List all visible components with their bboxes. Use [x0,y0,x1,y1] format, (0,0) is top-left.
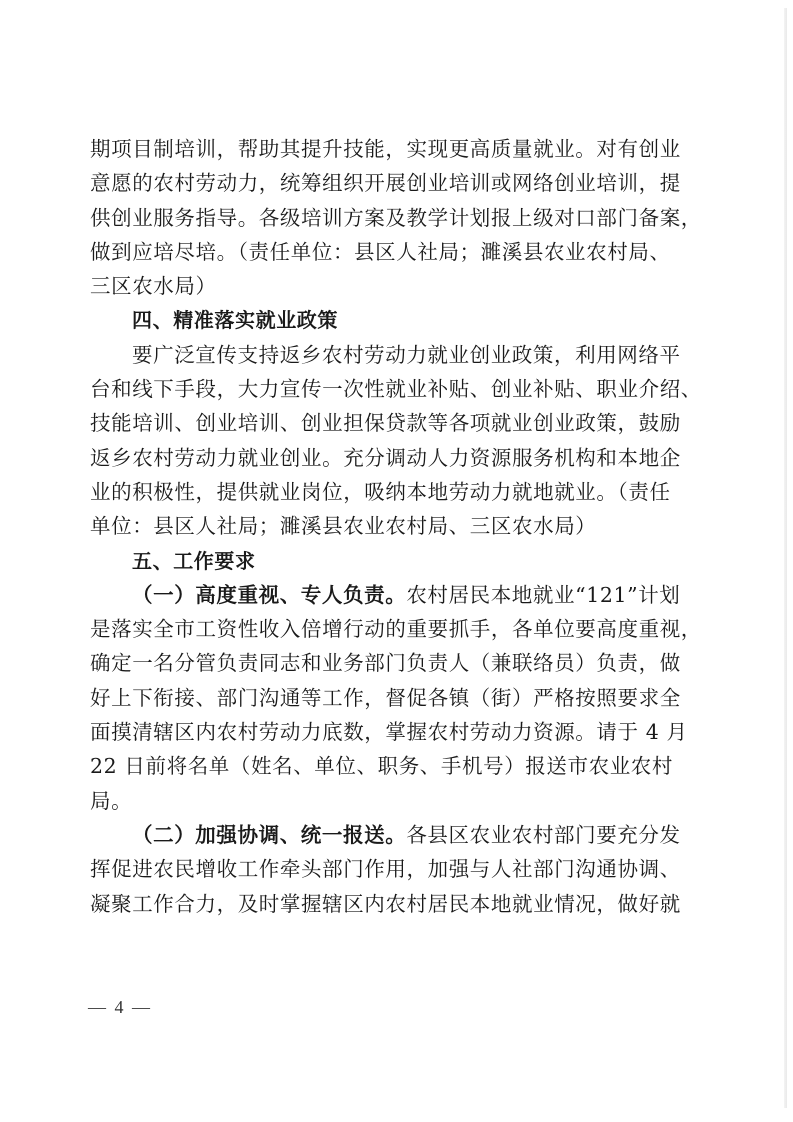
paragraph-line: 22 日前将名单（姓名、单位、职务、手机号）报送市农业农村 [90,749,710,783]
paragraph-line: 做到应培尽培。（责任单位：县区人社局；濉溪县农业农村局、 [90,235,710,269]
paragraph-line: 业的积极性，提供就业岗位，吸纳本地劳动力就地就业。（责任 [90,475,710,509]
paragraph-line: 单位：县区人社局；濉溪县农业农村局、三区农水局） [90,509,710,543]
page-number: — 4 — [88,997,152,1018]
item-1-first-line: （一）高度重视、专人负责。农村居民本地就业“121”计划 [90,578,710,612]
scan-edge-shadow [784,8,787,1108]
item-1-lead: （一）高度重视、专人负责。 [132,583,406,607]
paragraph-line: 面摸清辖区内农村劳动力底数，掌握农村劳动力资源。请于 4 月 [90,715,710,749]
item-2-text: 各县区农业农村部门要充分发 [406,823,680,847]
paragraph-line: 三区农水局） [90,269,710,303]
paragraph-line: 局。 [90,784,710,818]
paragraph-line: 凝聚工作合力，及时掌握辖区内农村居民本地就业情况，做好就 [90,887,710,921]
paragraph-line: 供创业服务指导。各级培训方案及教学计划报上级对口部门备案， [90,201,710,235]
paragraph-line: 期项目制培训，帮助其提升技能，实现更高质量就业。对有创业 [90,132,710,166]
paragraph-line: 挥促进农民增收工作牵头部门作用，加强与人社部门沟通协调、 [90,852,710,886]
document-page: 期项目制培训，帮助其提升技能，实现更高质量就业。对有创业 意愿的农村劳动力，统筹… [0,0,793,1122]
paragraph-line: 是落实全市工资性收入倍增行动的重要抓手，各单位要高度重视， [90,612,710,646]
document-body: 期项目制培训，帮助其提升技能，实现更高质量就业。对有创业 意愿的农村劳动力，统筹… [90,132,710,921]
paragraph-line: 好上下衔接、部门沟通等工作，督促各镇（街）严格按照要求全 [90,681,710,715]
item-1-text: 农村居民本地就业“121”计划 [406,583,680,607]
paragraph-line: 意愿的农村劳动力，统筹组织开展创业培训或网络创业培训，提 [90,166,710,200]
section-heading-5: 五、工作要求 [90,544,710,578]
paragraph-line: 要广泛宣传支持返乡农村劳动力就业创业政策，利用网络平 [90,338,710,372]
paragraph-line: 台和线下手段，大力宣传一次性就业补贴、创业补贴、职业介绍、 [90,372,710,406]
item-2-lead: （二）加强协调、统一报送。 [132,823,406,847]
item-2-first-line: （二）加强协调、统一报送。各县区农业农村部门要充分发 [90,818,710,852]
paragraph-line: 确定一名分管负责同志和业务部门负责人（兼联络员）负责，做 [90,646,710,680]
paragraph-line: 技能培训、创业培训、创业担保贷款等各项就业创业政策，鼓励 [90,406,710,440]
paragraph-line: 返乡农村劳动力就业创业。充分调动人力资源服务机构和本地企 [90,441,710,475]
section-heading-4: 四、精准落实就业政策 [90,303,710,337]
